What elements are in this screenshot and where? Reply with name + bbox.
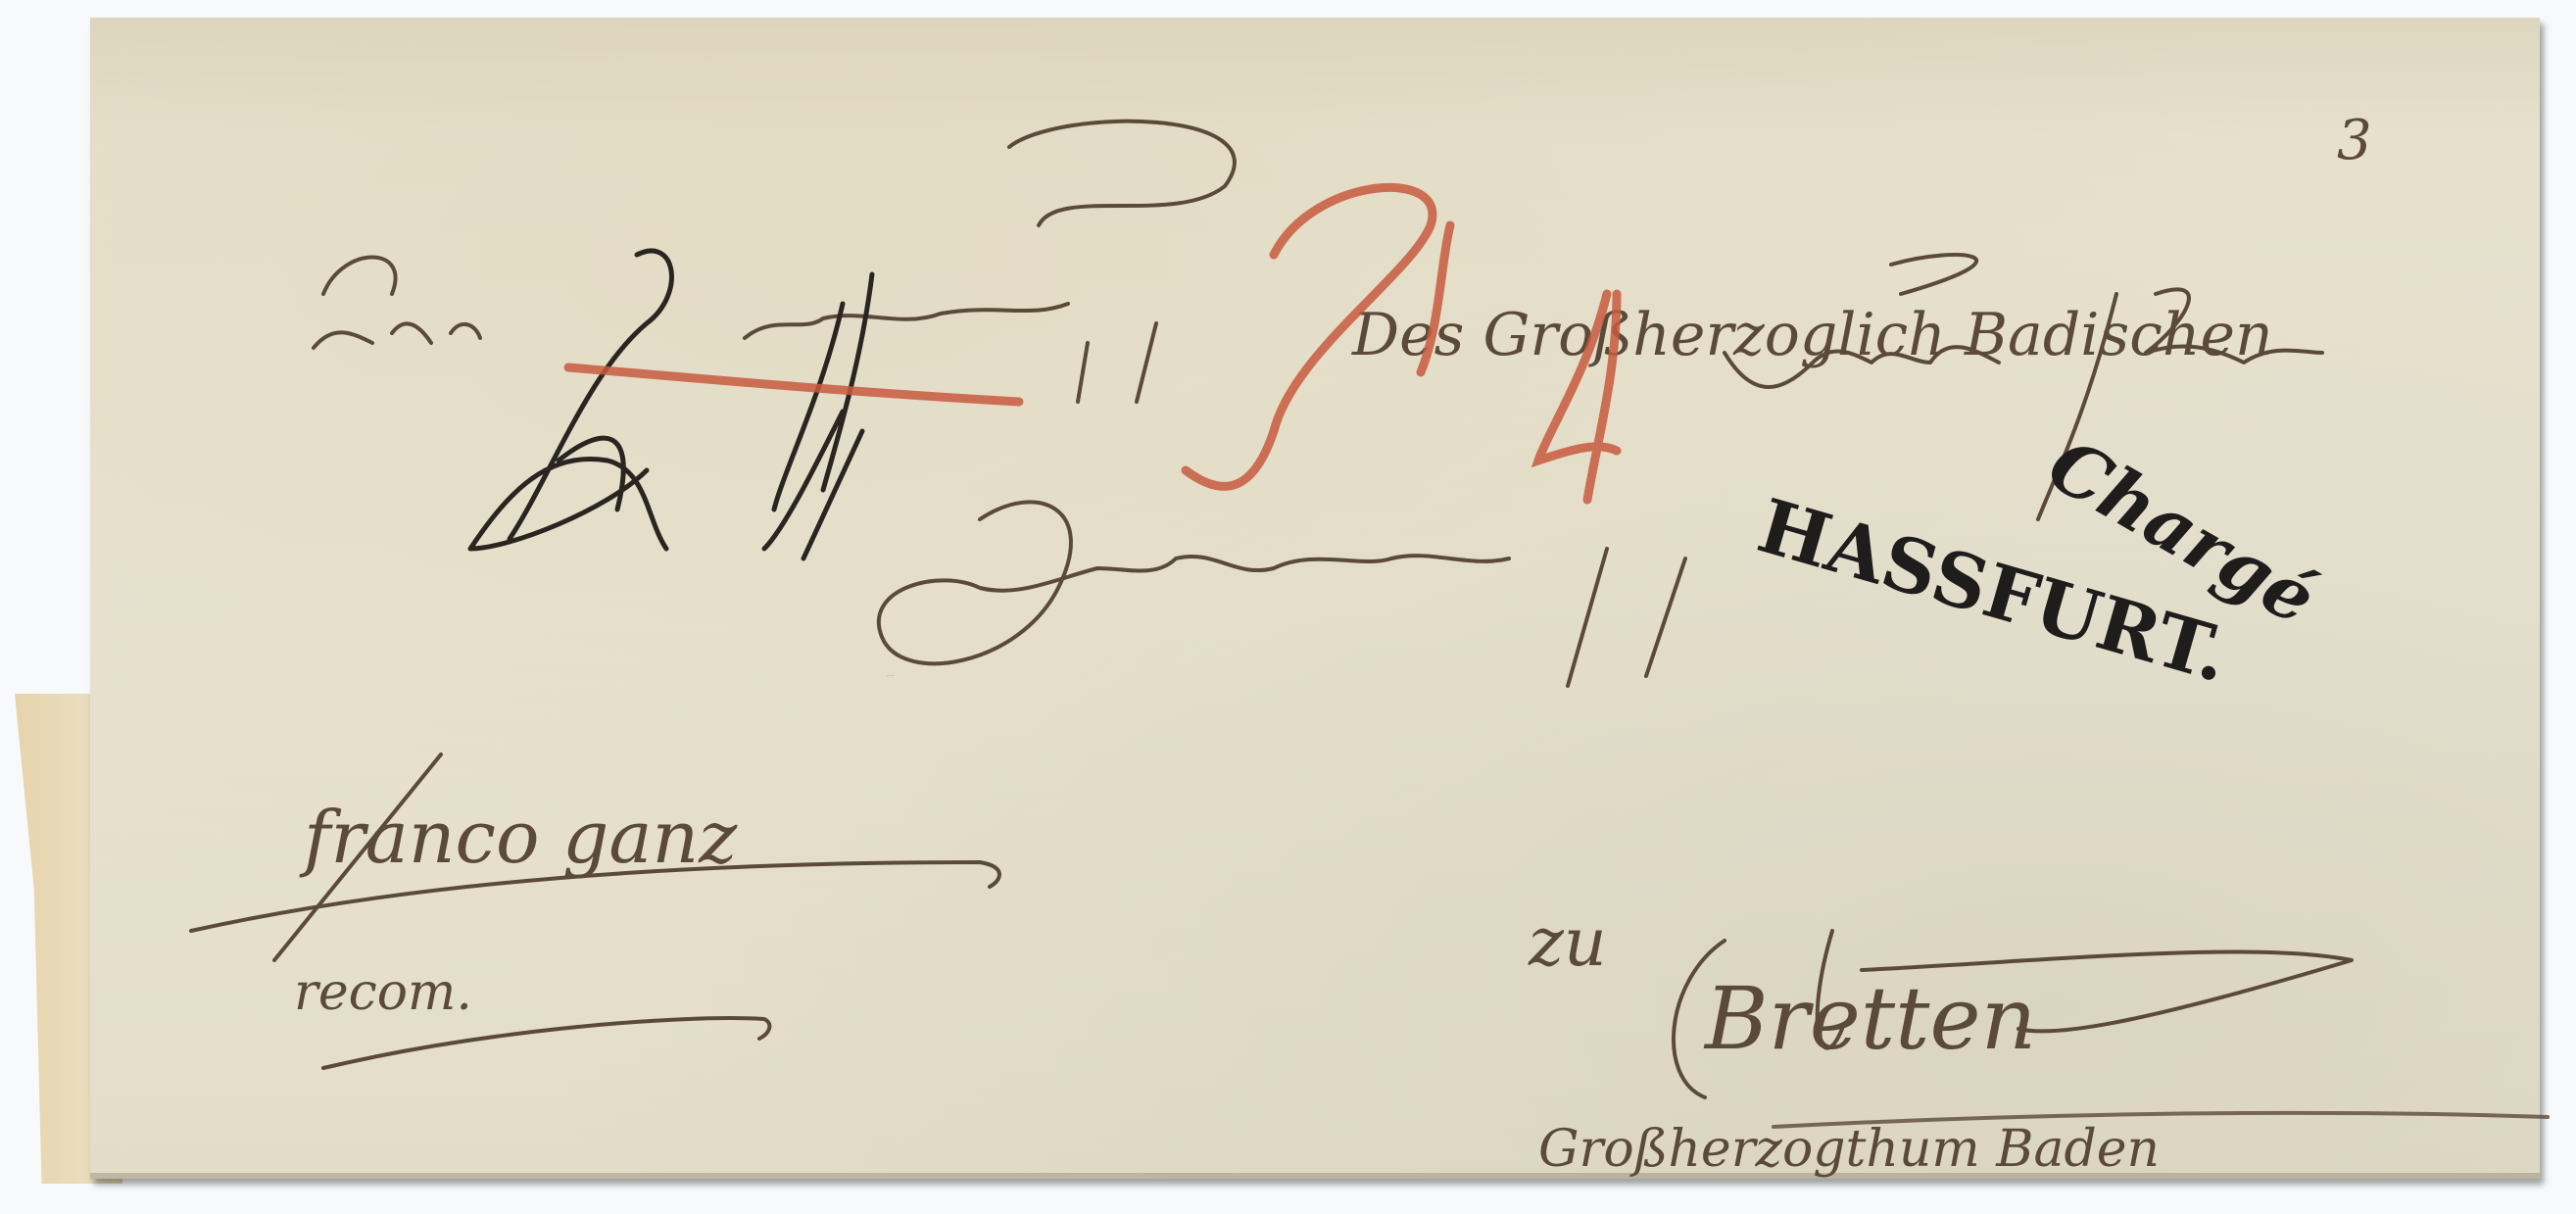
docket-number: 3 (2337, 109, 2372, 172)
address-text-2: Amts Revisorat (886, 674, 895, 677)
svg-text:Großherzogthum Baden: Großherzogthum Baden (1538, 1120, 2160, 1179)
region-line: Großherzogthum Baden (1538, 1113, 2548, 1179)
franco-annotation: franco ganz (191, 754, 999, 960)
address-text-1: Des Großherzoglich Badischen (1351, 301, 2273, 369)
svg-text:recom.: recom. (294, 963, 472, 1022)
destination: zu Bretten (1528, 904, 2352, 1097)
svg-text:zu: zu (1528, 904, 1607, 982)
cover-markings: 3 Des Großherzoglich Badischen Amts Revi… (0, 0, 2576, 1214)
svg-text:franco ganz: franco ganz (299, 796, 738, 880)
svg-text:Bretten: Bretten (1703, 968, 2036, 1069)
address-line-1: Des Großherzoglich Badischen (314, 121, 2273, 539)
address-line-2: Amts Revisorat (879, 502, 1685, 686)
recommended-annotation: recom. (294, 963, 769, 1068)
